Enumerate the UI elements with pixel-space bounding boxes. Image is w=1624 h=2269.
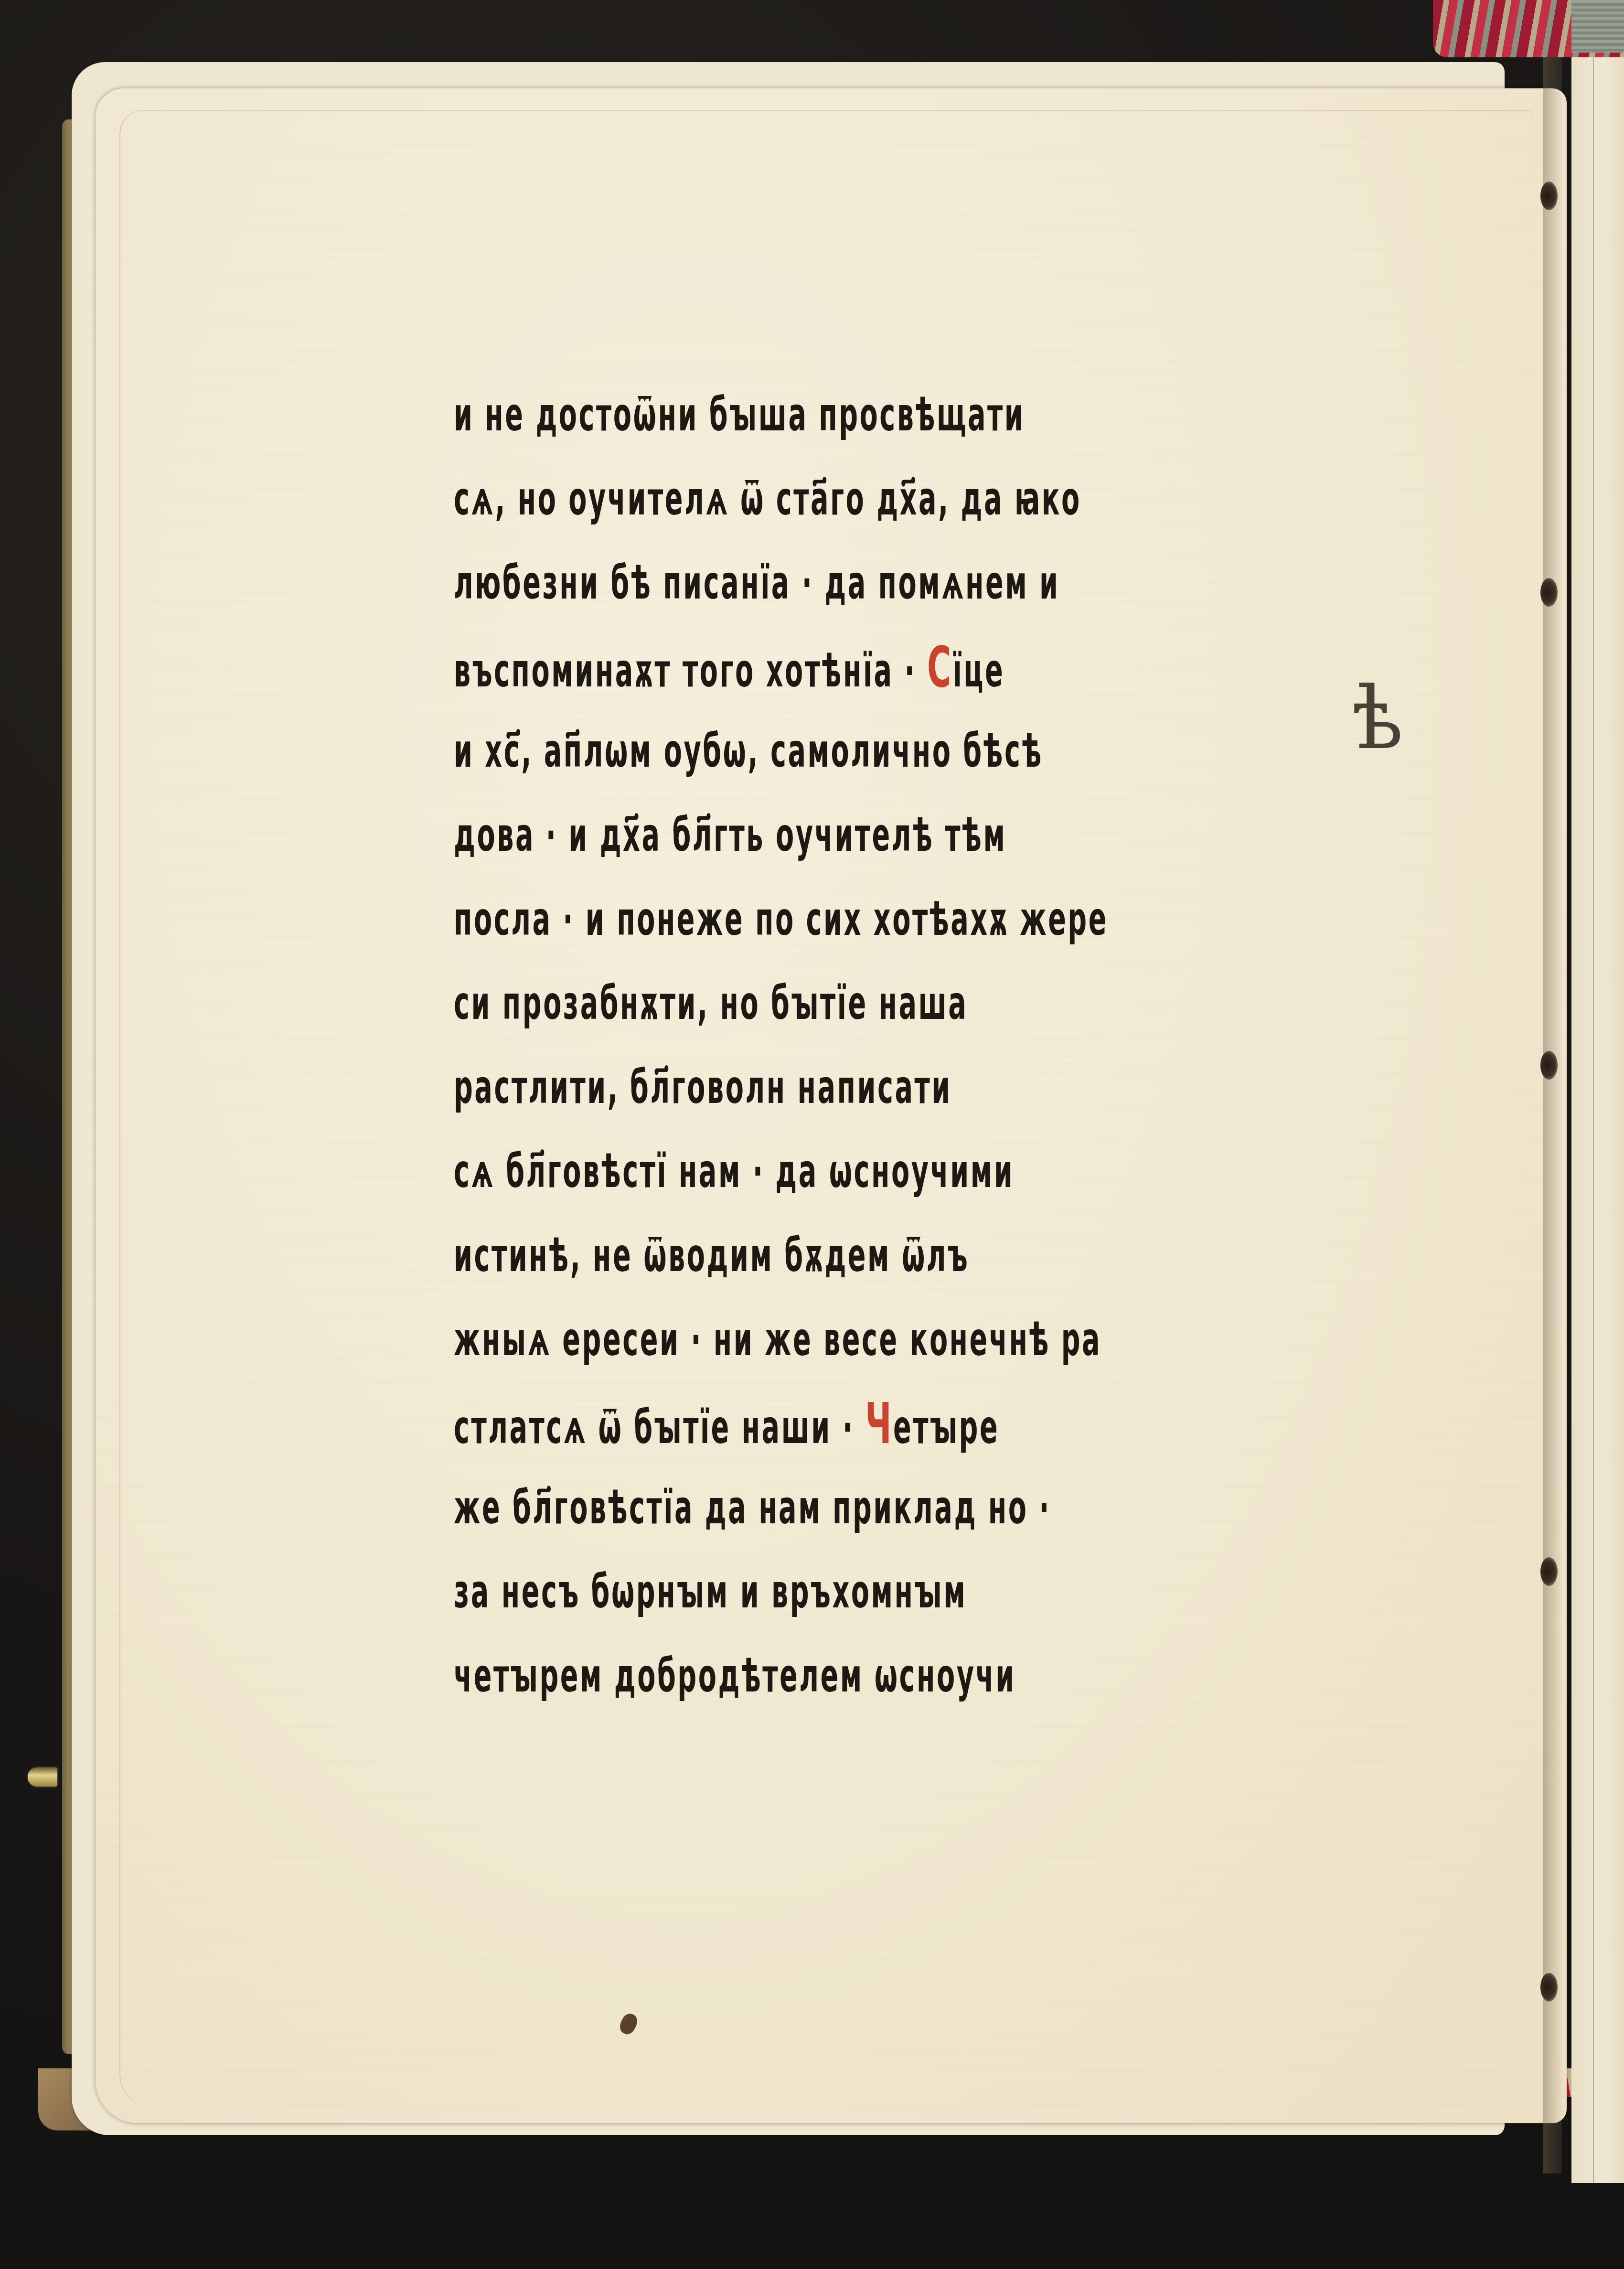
rubric-initial-s: С [927, 634, 953, 700]
text-line-11: истинѣ, не ѿводим бѫдем ѿлъ [454, 1213, 994, 1297]
sewing-hole-1 [1540, 182, 1558, 210]
text-line-14: же бл҃говѣстїа да нам приклад но · [454, 1466, 994, 1550]
facing-page-edge [1571, 57, 1624, 2183]
text-line-10: сѧ бл҃говѣстї нам · да ѡсноучими [454, 1129, 994, 1213]
text-line-9: растлити, бл҃говолн написати [454, 1045, 994, 1129]
text-line-13: стлатсѧ ѿ бꙑтїе наши · Четꙑре [454, 1381, 994, 1466]
text-line-7: посла · и понеже по сих хотѣахѫ жере [454, 877, 994, 961]
text-line-8: си прозабнѫти, но бꙑтїе наша [454, 961, 994, 1045]
facing-page-crease [1593, 57, 1594, 2183]
sewing-hole-3 [1540, 1051, 1558, 1080]
sewing-hole-4 [1540, 1557, 1558, 1586]
text-line-3: любезни бѣ писанїа · да помѧнем и [454, 541, 994, 625]
sewing-hole-5 [1540, 1973, 1558, 2001]
manuscript-text: и не достоѿни бꙑша просвѣщати сѧ, но оуч… [454, 373, 1385, 1718]
text-line-2: сѧ, но оучителѧ ѿ ста҃го дх҃а, да ꙗко [454, 457, 994, 541]
text-line-16: четꙑрем добродѣтелем ѡсноучи [454, 1634, 994, 1718]
text-line-4: въспоминаѫт того хотѣнїа · Сїце [454, 625, 994, 709]
gutter-shadow [1543, 57, 1562, 2173]
text-line-6: дова · и дх҃а бл҃гть оучителѣ тѣм [454, 793, 994, 877]
text-line-12: жныѧ ересеи · ни же весе конечнѣ ра [454, 1297, 994, 1381]
headband-spine-threads [1571, 0, 1624, 53]
rubric-initial-ch: Ч [865, 1391, 893, 1456]
sewing-hole-2 [1540, 578, 1558, 607]
brass-pin [28, 1767, 57, 1787]
marginal-superscript-letter: ѣ [1352, 669, 1404, 769]
text-line-15: за несъ бѡрнꙑм и връхомнꙑм [454, 1550, 994, 1634]
text-line-1: и не достоѿни бꙑша просвѣщати [454, 373, 994, 457]
text-line-5: и хс҃, ап҃лѡм оубѡ, самолично бѣсѣ [454, 709, 994, 793]
